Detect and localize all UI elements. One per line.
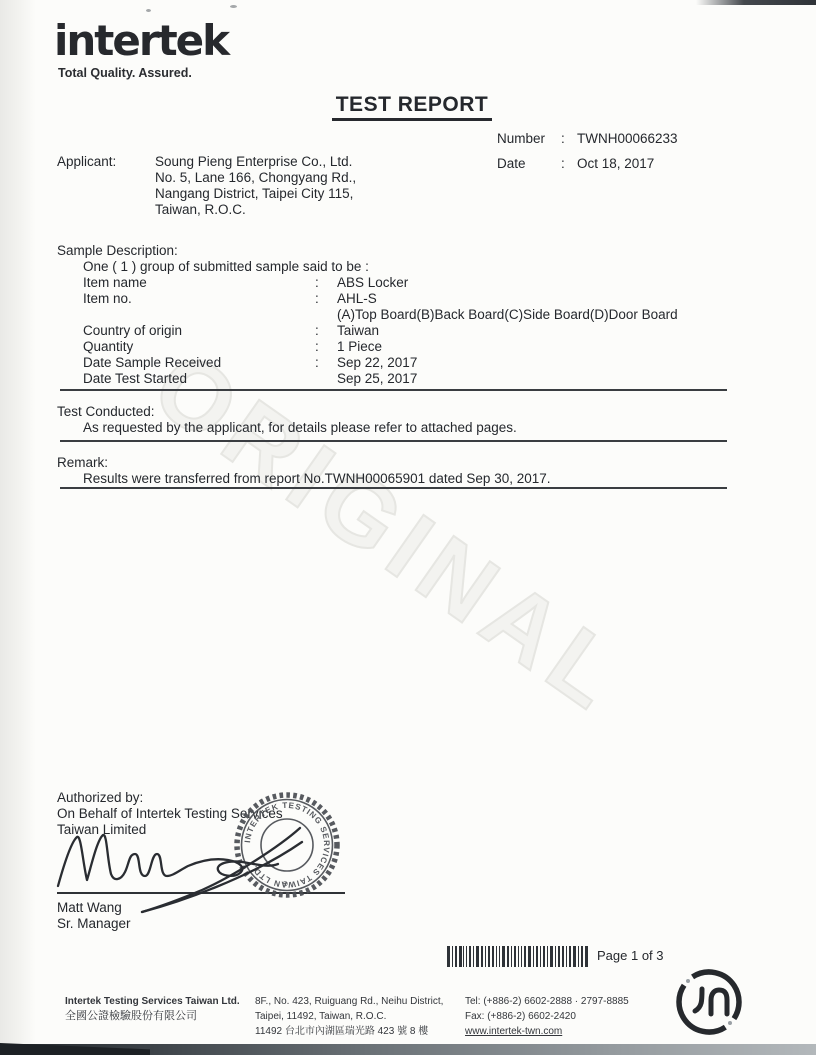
sample-row: Item name : ABS Locker <box>83 275 678 291</box>
page-number: Page 1 of 3 <box>597 948 664 963</box>
applicant-line: Taiwan, R.O.C. <box>155 202 356 218</box>
test-conducted-heading: Test Conducted: <box>57 404 517 420</box>
sample-intro: One ( 1 ) group of submitted sample said… <box>83 259 678 275</box>
sample-row: Date Sample Received : Sep 22, 2017 <box>83 355 678 371</box>
section-divider <box>60 440 727 442</box>
footer-address-line: Taipei, 11492, Taiwan, R.O.C. <box>255 1009 443 1024</box>
logo-tagline: Total Quality. Assured. <box>58 66 192 80</box>
sample-description-body: One ( 1 ) group of submitted sample said… <box>83 259 678 387</box>
applicant-address: Soung Pieng Enterprise Co., Ltd. No. 5, … <box>155 154 356 218</box>
sample-row: Item no. : AHL-S <box>83 291 678 307</box>
applicant-line: Nangang District, Taipei City 115, <box>155 186 356 202</box>
applicant-block: Applicant: Soung Pieng Enterprise Co., L… <box>57 154 356 218</box>
footer-company-zh: 全國公證檢驗股份有限公司 <box>65 1009 240 1024</box>
sample-description-heading: Sample Description: <box>57 243 678 259</box>
remark-section: Remark: Results were transferred from re… <box>57 455 551 487</box>
number-value: TWNH00066233 <box>577 131 678 146</box>
footer-company-en: Intertek Testing Services Taiwan Ltd. <box>65 994 240 1009</box>
date-value: Oct 18, 2017 <box>577 156 654 171</box>
section-divider <box>60 389 727 391</box>
colon: : <box>561 131 577 146</box>
footer-fax: Fax: (+886-2) 6602-2420 <box>465 1009 629 1024</box>
footer-contact: Tel: (+886-2) 6602-2888 · 2797-8885 Fax:… <box>465 994 629 1039</box>
intertek-logo: intertek <box>54 16 228 65</box>
report-meta: Number : TWNH00066233 Date : Oct 18, 201… <box>497 131 678 181</box>
footer-address-line: 11492 台北市內湖區瑞光路 423 號 8 樓 <box>255 1024 443 1039</box>
number-label: Number <box>497 131 561 146</box>
colon: : <box>561 156 577 171</box>
footer-address: 8F., No. 423, Ruiguang Rd., Neihu Distri… <box>255 994 443 1039</box>
footer-address-line: 8F., No. 423, Ruiguang Rd., Neihu Distri… <box>255 994 443 1009</box>
footer-tel: Tel: (+886-2) 6602-2888 · 2797-8885 <box>465 994 629 1009</box>
sample-row: Quantity : 1 Piece <box>83 339 678 355</box>
sample-row: (A)Top Board(B)Back Board(C)Side Board(D… <box>83 307 678 323</box>
applicant-line: Soung Pieng Enterprise Co., Ltd. <box>155 154 356 170</box>
handwritten-signature <box>50 822 350 920</box>
sample-row: Date Test Started Sep 25, 2017 <box>83 371 678 387</box>
intertek-mark-icon <box>671 964 747 1040</box>
sample-description-section: Sample Description: One ( 1 ) group of s… <box>57 243 678 387</box>
applicant-label: Applicant: <box>57 154 155 218</box>
report-title-wrap: TEST REPORT <box>0 93 816 121</box>
page-content: intertek Total Quality. Assured. TEST RE… <box>0 0 816 1055</box>
test-conducted-section: Test Conducted: As requested by the appl… <box>57 404 517 436</box>
applicant-line: No. 5, Lane 166, Chongyang Rd., <box>155 170 356 186</box>
report-number-row: Number : TWNH00066233 <box>497 131 678 146</box>
remark-body: Results were transferred from report No.… <box>83 471 551 487</box>
report-title: TEST REPORT <box>332 93 493 121</box>
test-conducted-body: As requested by the applicant, for detai… <box>83 420 517 436</box>
date-label: Date <box>497 156 561 171</box>
report-date-row: Date : Oct 18, 2017 <box>497 156 678 171</box>
sample-row: Country of origin : Taiwan <box>83 323 678 339</box>
section-divider <box>60 487 727 489</box>
footer-website: www.intertek-twn.com <box>465 1024 629 1039</box>
scanned-test-report-page: ORIGINAL intertek Total Quality. Assured… <box>0 0 816 1055</box>
remark-heading: Remark: <box>57 455 551 471</box>
barcode <box>447 946 588 967</box>
footer-company: Intertek Testing Services Taiwan Ltd. 全國… <box>65 994 240 1024</box>
